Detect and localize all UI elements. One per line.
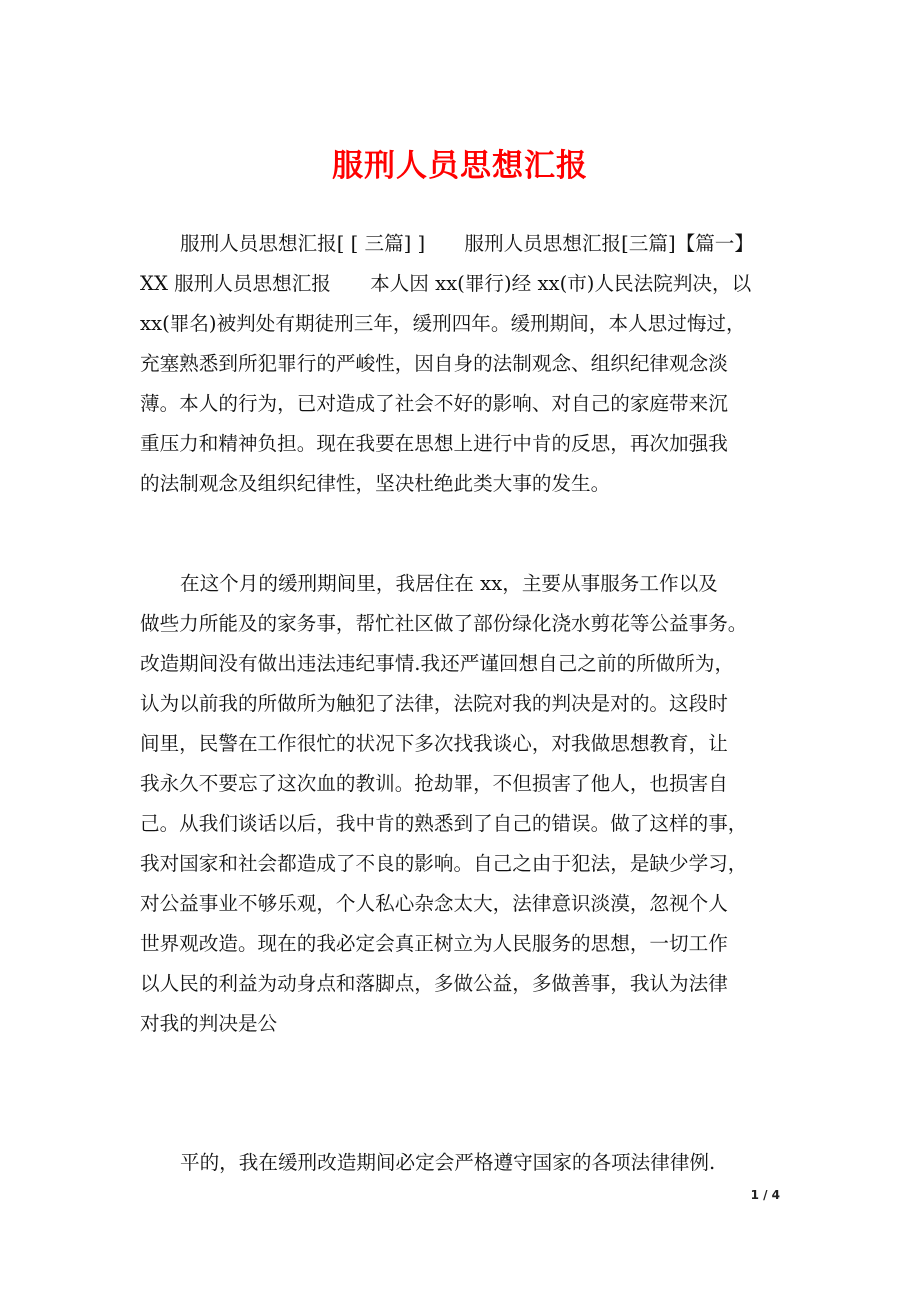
text-line: 间里，民警在工作很忙的状况下多次找我谈心，对我做思想教育，让 <box>140 724 788 764</box>
document-page: 服刑人员思想汇报 服刑人员思想汇报[ [ 三篇] ] 服刑人员思想汇报[三篇]【… <box>0 0 920 1302</box>
text-line: 充塞熟悉到所犯罪行的严峻性，因自身的法制观念、组织纪律观念淡 <box>140 344 788 384</box>
text-line: 在这个月的缓刑期间里，我居住在 xx，主要从事服务工作以及 <box>140 564 788 604</box>
paragraph-1: 服刑人员思想汇报[ [ 三篇] ] 服刑人员思想汇报[三篇]【篇一】 XX 服刑… <box>140 224 788 504</box>
text-line: 对公益事业不够乐观，个人私心杂念太大，法律意识淡漠，忽视个人 <box>140 884 788 924</box>
paragraph-3: 平的，我在缓刑改造期间必定会严格遵守国家的各项法律律例. <box>140 1143 788 1183</box>
text-line: 平的，我在缓刑改造期间必定会严格遵守国家的各项法律律例. <box>140 1143 788 1183</box>
text-line: 世界观改造。现在的我必定会真正树立为人民服务的思想，一切工作 <box>140 924 788 964</box>
text-line: 改造期间没有做出违法违纪事情.我还严谨回想自己之前的所做所为， <box>140 644 788 684</box>
text-line: 做些力所能及的家务事，帮忙社区做了部份绿化浇水剪花等公益事务。 <box>140 604 788 644</box>
text-line: 重压力和精神负担。现在我要在思想上进行中肯的反思，再次加强我 <box>140 424 788 464</box>
paragraph-2: 在这个月的缓刑期间里，我居住在 xx，主要从事服务工作以及 做些力所能及的家务事… <box>140 564 788 1044</box>
document-title: 服刑人员思想汇报 <box>0 142 920 190</box>
text-line: 服刑人员思想汇报[ [ 三篇] ] 服刑人员思想汇报[三篇]【篇一】 <box>140 224 788 264</box>
page-number: 1 / 4 <box>740 1188 780 1202</box>
text-line: 薄。本人的行为，已对造成了社会不好的影响、对自己的家庭带来沉 <box>140 384 788 424</box>
text-line: xx(罪名)被判处有期徒刑三年，缓刑四年。缓刑期间，本人思过悔过， <box>140 304 788 344</box>
text-line: 己。从我们谈话以后，我中肯的熟悉到了自己的错误。做了这样的事， <box>140 804 788 844</box>
text-line: 我永久不要忘了这次血的教训。抢劫罪，不但损害了他人，也损害自 <box>140 764 788 804</box>
text-line: 我对国家和社会都造成了不良的影响。自己之由于犯法，是缺少学习， <box>140 844 788 884</box>
text-line: 以人民的利益为动身点和落脚点，多做公益，多做善事，我认为法律 <box>140 964 788 1004</box>
text-line: XX 服刑人员思想汇报 本人因 xx(罪行)经 xx(市)人民法院判决，以 <box>140 264 788 304</box>
text-line: 的法制观念及组织纪律性，坚决杜绝此类大事的发生。 <box>140 464 788 504</box>
text-line: 对我的判决是公 <box>140 1004 788 1044</box>
text-line: 认为以前我的所做所为触犯了法律，法院对我的判决是对的。这段时 <box>140 684 788 724</box>
